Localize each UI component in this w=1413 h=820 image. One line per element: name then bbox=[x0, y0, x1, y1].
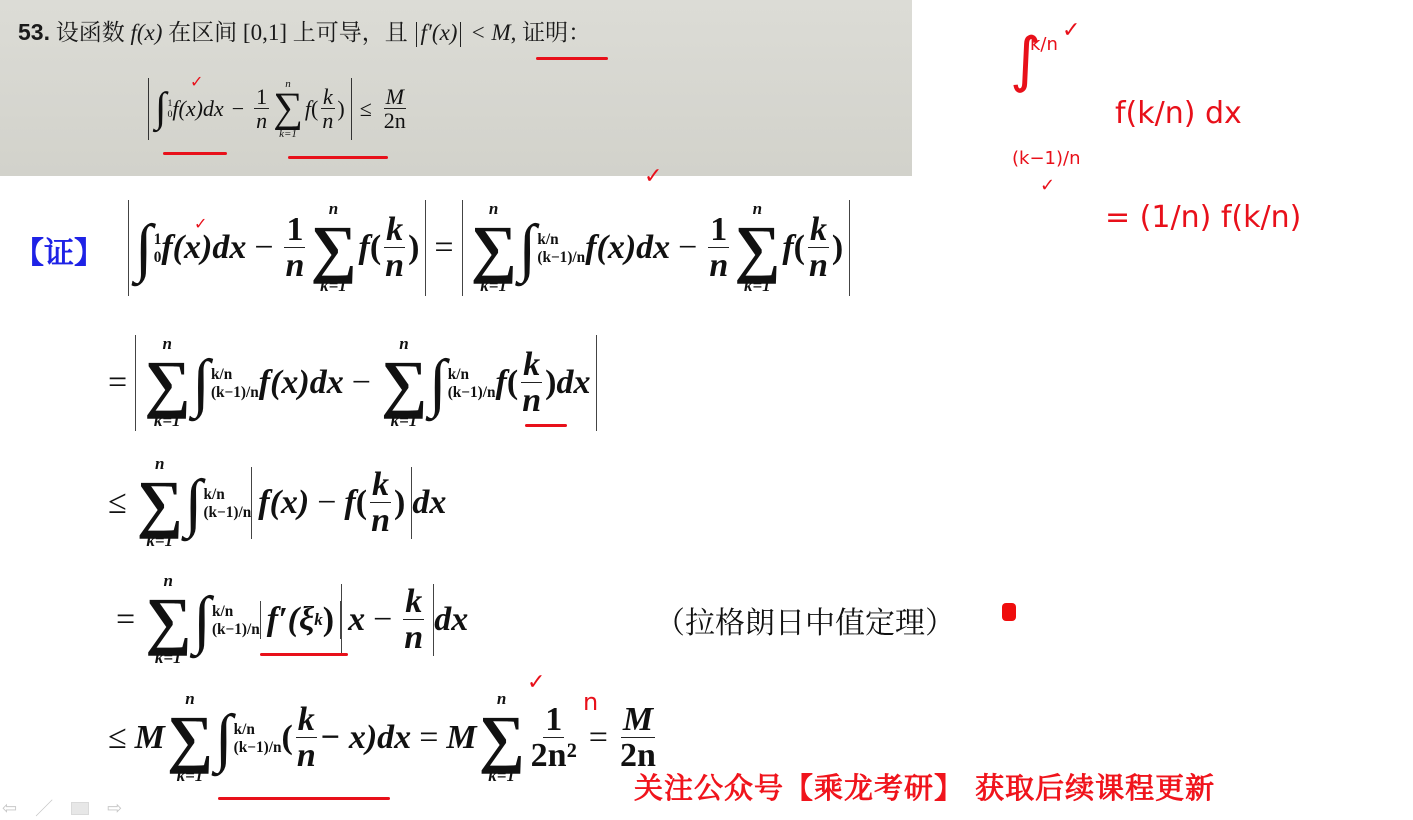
red-underline bbox=[163, 152, 227, 155]
function-symbol: f(x) bbox=[130, 20, 162, 45]
bound: < M bbox=[470, 20, 510, 45]
handwritten-n: n bbox=[583, 688, 598, 716]
check-mark: ✓ bbox=[194, 214, 207, 233]
red-underline bbox=[218, 797, 390, 800]
handwritten-upper-limit: k/n bbox=[1030, 34, 1058, 55]
proof-line-1: ∫10 f(x)dx − 1n n∑k=1 f(kn) = n∑k=1 ∫k/n… bbox=[128, 200, 850, 296]
next-slide-button[interactable]: ⇨ bbox=[107, 798, 122, 819]
check-mark: ✓ bbox=[190, 72, 203, 91]
problem-statement: 53. 设函数 f(x) 在区间 [0,1] 上可导，且 f′(x) < M, … bbox=[18, 14, 591, 47]
derivative: f′(x) bbox=[420, 20, 457, 45]
red-underline bbox=[536, 57, 608, 60]
prev-slide-button[interactable]: ⇦ bbox=[2, 798, 17, 819]
problem-inequality: ∫10 f(x)dx − 1n n∑k=1 f(kn) ≤ M2n bbox=[148, 78, 410, 140]
proof-label: 【证】 bbox=[14, 228, 104, 272]
problem-number: 53. bbox=[18, 19, 50, 45]
proof-line-5: ≤ M n∑k=1 ∫k/n(k−1)/n (kn − x)dx = M n∑k… bbox=[100, 690, 660, 786]
proof-line-2: = n∑k=1 ∫k/n(k−1)/n f(x)dx − n∑k=1 ∫k/n(… bbox=[100, 335, 597, 431]
statement-text: , 证明： bbox=[511, 20, 592, 45]
slideshow-controls: ⇦ ／ ⇨ bbox=[2, 795, 122, 820]
statement-text: 设函数 bbox=[56, 20, 125, 45]
handwritten-lower-limit: (k−1)/n bbox=[1012, 148, 1080, 169]
statement-text: 上可导，且 bbox=[293, 20, 408, 45]
handwritten-integrand: f(k/n) dx bbox=[1115, 96, 1242, 131]
red-underline bbox=[525, 424, 567, 427]
slide-menu-button[interactable] bbox=[71, 802, 89, 815]
red-underline bbox=[288, 156, 388, 159]
check-mark: ✓ bbox=[527, 670, 545, 695]
proof-line-3: ≤ n∑k=1 ∫k/n(k−1)/n f(x) − f(kn) dx bbox=[100, 455, 446, 551]
check-mark: ✓ bbox=[1062, 18, 1080, 43]
watermark-banner: 关注公众号【乘龙考研】 获取后续课程更新 bbox=[634, 766, 1215, 807]
pen-tool-button[interactable]: ／ bbox=[35, 795, 53, 820]
interval: [0,1] bbox=[243, 20, 287, 45]
handwritten-result: = (1/n) f(k/n) bbox=[1105, 200, 1301, 235]
laser-pointer-dot bbox=[1002, 603, 1016, 621]
check-mark: ✓ bbox=[1040, 175, 1055, 196]
theorem-note: （拉格朗日中值定理） bbox=[655, 598, 955, 642]
statement-text: 在区间 bbox=[168, 20, 237, 45]
red-underline bbox=[260, 653, 348, 656]
check-mark: ✓ bbox=[644, 164, 662, 189]
